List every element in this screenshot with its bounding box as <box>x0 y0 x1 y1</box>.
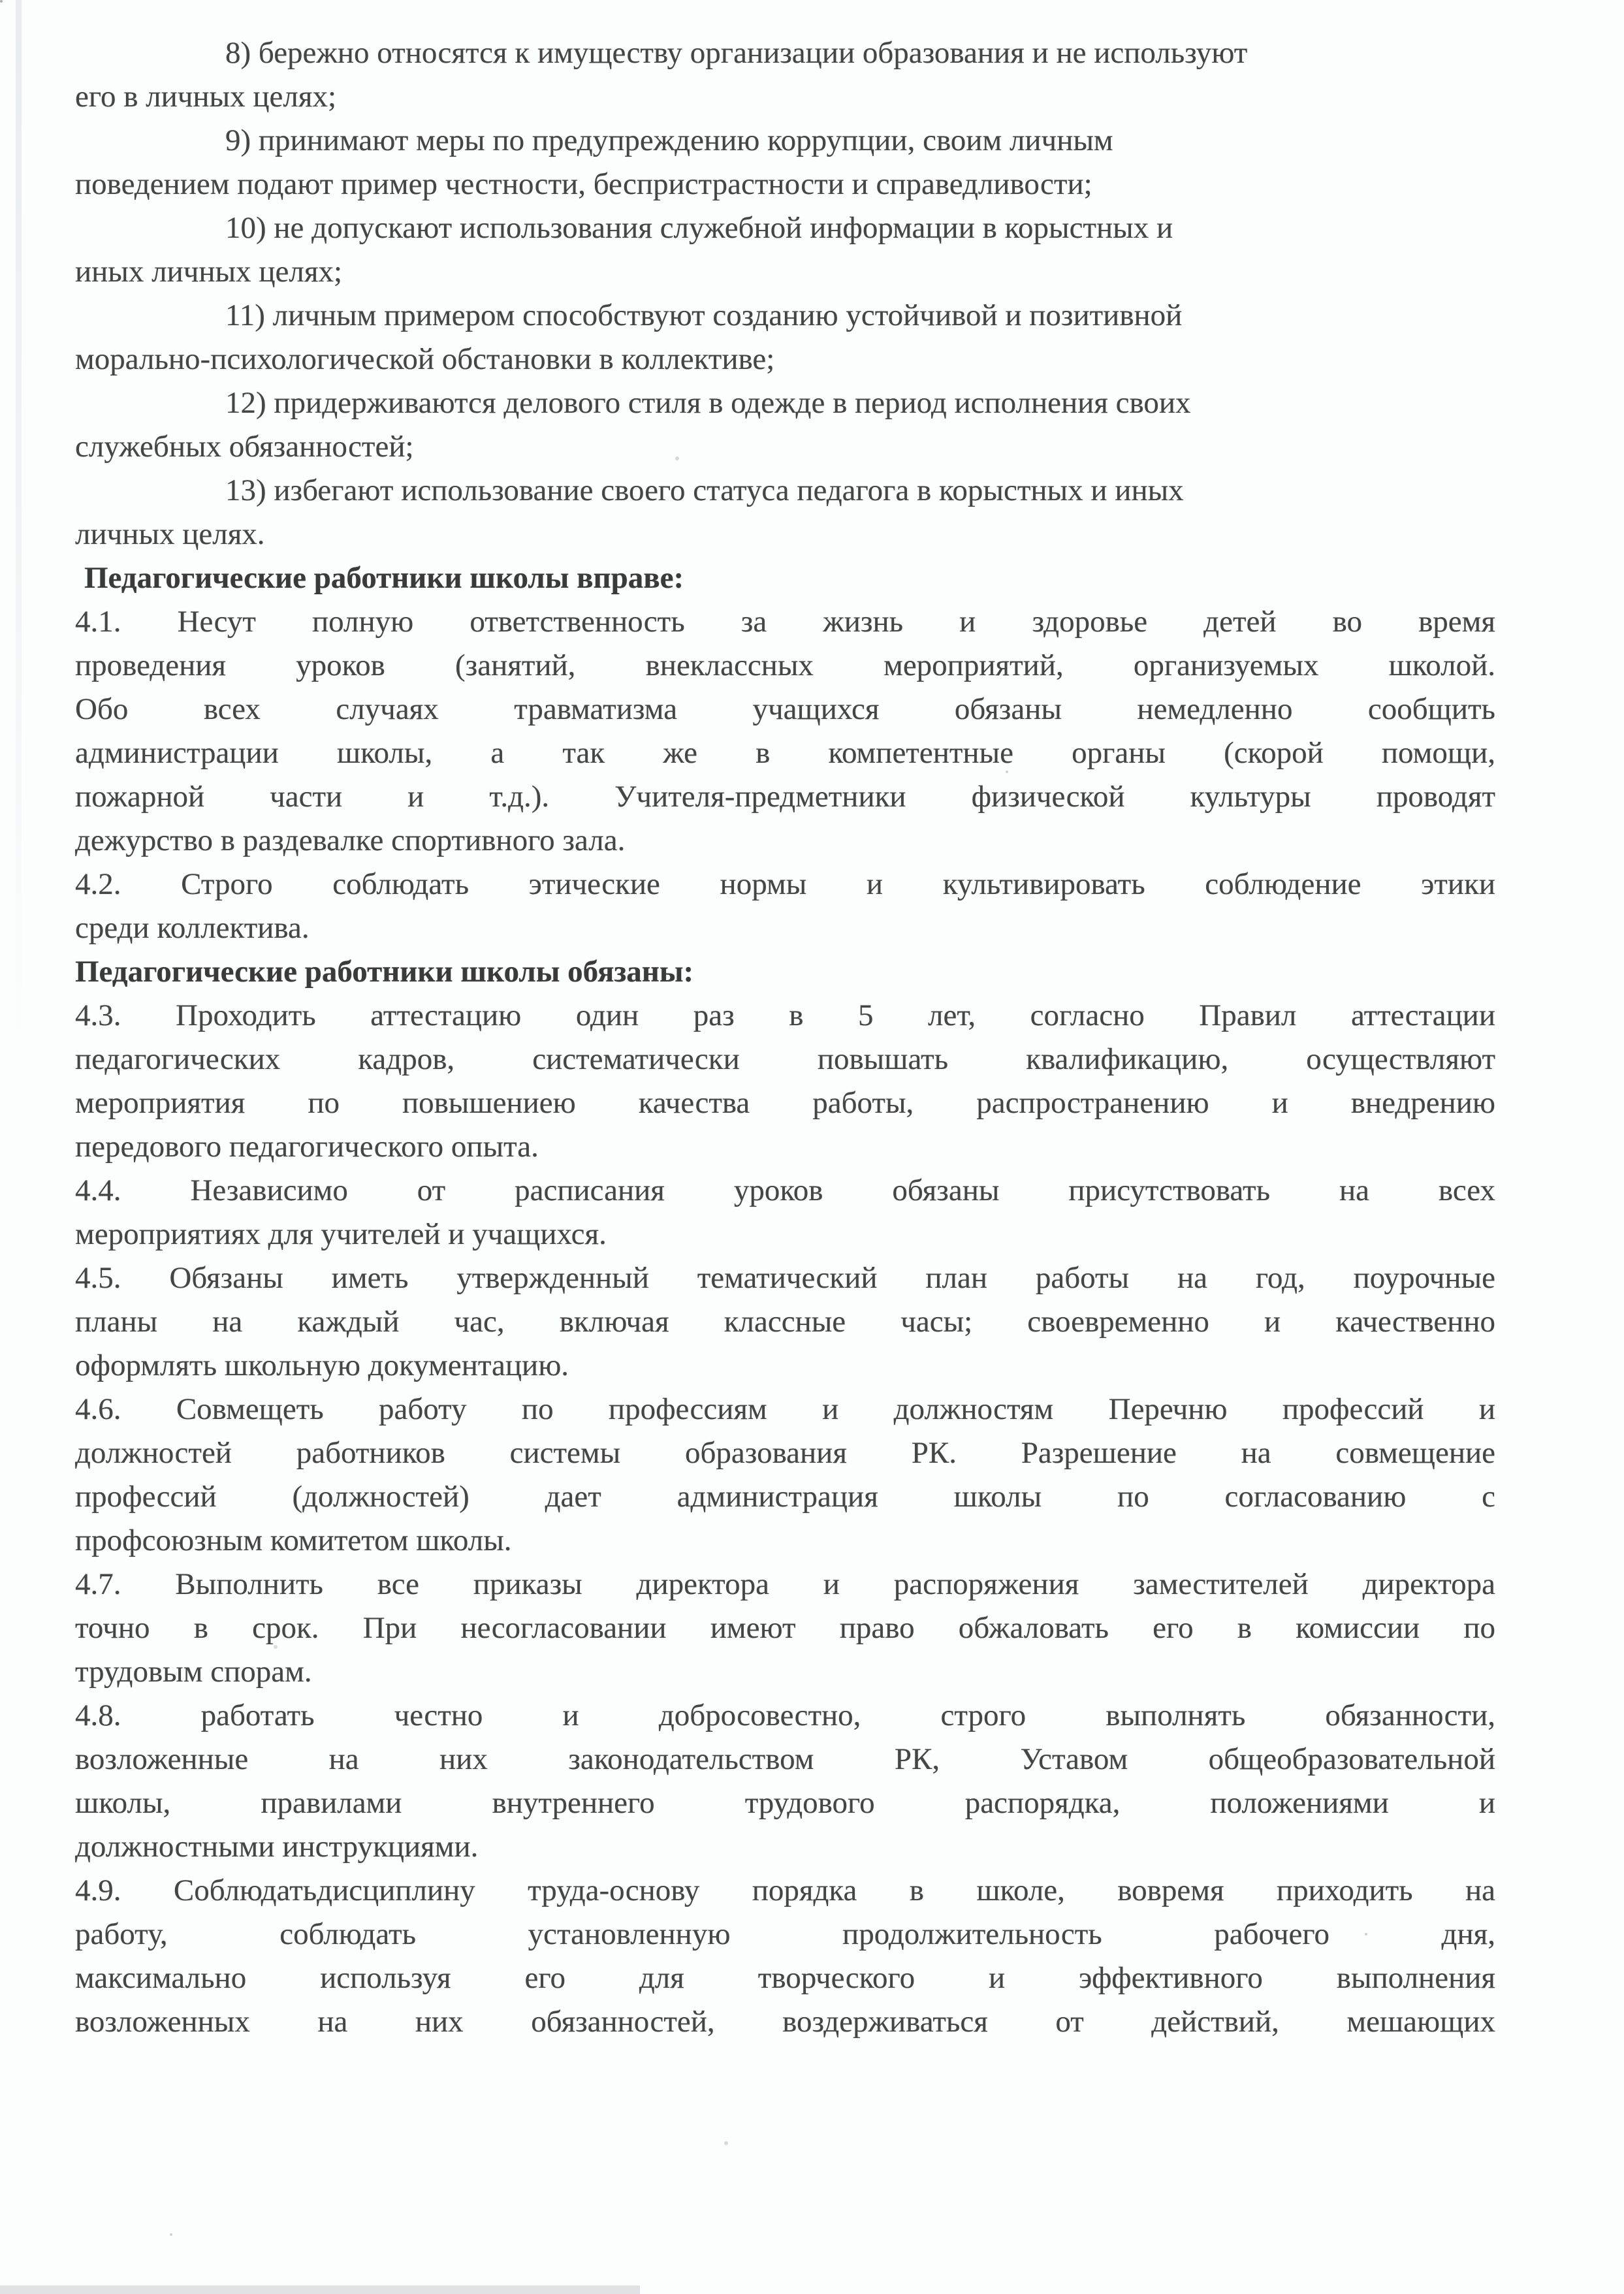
clause-4-1-line-6: дежурство в раздевалке спортивного зала. <box>75 819 1495 863</box>
list-item-8-line-2: его в личных целях; <box>75 75 1495 119</box>
clause-4-6-line-1: 4.6. Совмещеть работу по профессиям и до… <box>75 1388 1495 1431</box>
clause-4-7-line-3: трудовым спорам. <box>75 1650 1495 1694</box>
list-item-11-line-2: морально-психологической обстановки в ко… <box>75 338 1495 381</box>
list-item-12-line-2: служебных обязанностей; <box>75 425 1495 469</box>
list-item-13-line-2: личных целях. <box>75 513 1495 556</box>
clause-4-6-line-2: должностей работников системы образовани… <box>75 1431 1495 1475</box>
clause-4-9-line-1: 4.9. Соблюдатьдисциплину труда-основу по… <box>75 1869 1495 1913</box>
list-item-11-line-1: 11) личным примером способствуют создани… <box>75 294 1495 338</box>
clause-4-9-line-2: работу, соблюдать установленную продолжи… <box>75 1913 1495 1956</box>
clause-4-6-line-4: профсоюзным комитетом школы. <box>75 1519 1495 1563</box>
clause-4-2-line-2: среди коллектива. <box>75 906 1495 950</box>
list-item-10-line-1: 10) не допускают использования служебной… <box>75 206 1495 250</box>
section-heading-rights: Педагогические работники школы вправе: <box>75 556 1495 600</box>
clause-4-4-line-1: 4.4. Независимо от расписания уроков обя… <box>75 1169 1495 1213</box>
clause-4-3-line-3: мероприятия по повышениею качества работ… <box>75 1081 1495 1125</box>
clause-4-8-line-2: возложенные на них законодательством РК,… <box>75 1738 1495 1781</box>
list-item-12-line-1: 12) придерживаются делового стиля в одеж… <box>75 381 1495 425</box>
clause-4-1-line-3: Обо всех случаях травматизма учащихся об… <box>75 688 1495 731</box>
clause-4-3-line-1: 4.3. Проходить аттестацию один раз в 5 л… <box>75 994 1495 1038</box>
clause-4-2-line-1: 4.2. Строго соблюдать этические нормы и … <box>75 863 1495 906</box>
clause-4-7-line-2: точно в срок. При несогласовании имеют п… <box>75 1606 1495 1650</box>
clause-4-3-line-4: передового педагогического опыта. <box>75 1125 1495 1169</box>
clause-4-1-line-1: 4.1. Несут полную ответственность за жиз… <box>75 600 1495 644</box>
clause-4-9-line-4: возложенных на них обязанностей, воздерж… <box>75 2000 1495 2044</box>
scan-noise-speckles <box>0 0 3 3</box>
clause-4-1-line-5: пожарной части и т.д.). Учителя-предметн… <box>75 775 1495 819</box>
clause-4-6-line-3: профессий (должностей) дает администраци… <box>75 1475 1495 1519</box>
section-heading-duties: Педагогические работники школы обязаны: <box>75 950 1495 994</box>
list-item-8-line-1: 8) бережно относятся к имуществу организ… <box>75 31 1495 75</box>
list-item-13-line-1: 13) избегают использование своего статус… <box>75 469 1495 513</box>
list-item-9-line-2: поведением подают пример честности, бесп… <box>75 163 1495 206</box>
list-item-9-line-1: 9) принимают меры по предупреждению корр… <box>75 119 1495 163</box>
scanned-document-page: 8) бережно относятся к имуществу организ… <box>0 0 1624 2294</box>
clause-4-1-line-2: проведения уроков (занятий, внеклассных … <box>75 644 1495 688</box>
clause-4-5-line-3: оформлять школьную документацию. <box>75 1344 1495 1388</box>
clause-4-4-line-2: мероприятиях для учителей и учащихся. <box>75 1213 1495 1256</box>
scan-left-edge-artifact <box>16 0 22 1045</box>
clause-4-3-line-2: педагогических кадров, систематически по… <box>75 1038 1495 1081</box>
clause-4-1-line-4: администрации школы, а так же в компетен… <box>75 731 1495 775</box>
clause-4-7-line-1: 4.7. Выполнить все приказы директора и р… <box>75 1563 1495 1606</box>
clause-4-5-line-1: 4.5. Обязаны иметь утвержденный тематиче… <box>75 1256 1495 1300</box>
list-item-10-line-2: иных личных целях; <box>75 250 1495 294</box>
clause-4-9-line-3: максимально используя его для творческог… <box>75 1956 1495 2000</box>
clause-4-8-line-1: 4.8. работать честно и добросовестно, ст… <box>75 1694 1495 1738</box>
clause-4-8-line-4: должностными инструкциями. <box>75 1825 1495 1869</box>
clause-4-5-line-2: планы на каждый час, включая классные ча… <box>75 1300 1495 1344</box>
scan-bottom-edge-artifact <box>0 2286 640 2294</box>
document-text-block: 8) бережно относятся к имуществу организ… <box>75 31 1495 2044</box>
clause-4-8-line-3: школы, правилами внутреннего трудового р… <box>75 1781 1495 1825</box>
